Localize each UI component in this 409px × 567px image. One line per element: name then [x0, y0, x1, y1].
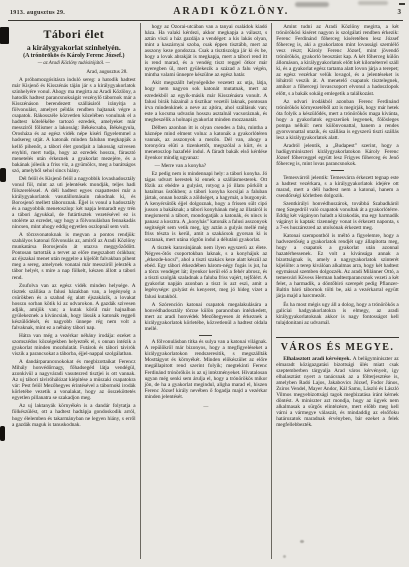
article-paragraph: Katonai szempontból is méltó a figyelemr…: [276, 233, 399, 300]
article-title: Tábori élet: [12, 27, 136, 42]
article-paragraph: A próbamozgósitásra induló sereg: a hato…: [12, 77, 136, 174]
article-paragraph: Amint tudni az Aradi Közlöny megirta, a …: [276, 24, 399, 97]
article-paragraph: Aradról jelentik, a „Budapest” szerint, …: [276, 143, 399, 167]
article-paragraph: hogy az Ozorai-utcában van a tanyai csal…: [145, 24, 268, 78]
article-paragraph: A törzsvonatoknak is megvan a pontos ren…: [12, 232, 136, 280]
news-item: Elhalasztott aradi kérvények.A belügymin…: [276, 356, 399, 429]
masthead: ARADI KÖZLÖNY.: [65, 6, 397, 17]
article-lead-in: (A trónörökös és Károly Ferenc József.): [12, 53, 136, 59]
column-2: hogy az Ozorai-utcában van a tanyai csal…: [140, 23, 272, 559]
article-paragraph: A Szórención katonai csapatok megalakulá…: [145, 302, 268, 332]
article-paragraph: Dél felől és Kisjenő felől a nagyobbik l…: [12, 176, 136, 230]
article-subtitle: a királygyakorlat szinhelyén.: [12, 43, 136, 52]
ink-blot-artifact: [0, 168, 6, 182]
page-header: 1913. augusztus 29. ARADI KÖZLÖNY. 3: [10, 6, 401, 17]
article-paragraph: Temesvárról jelentik: Temesvárra érkezet…: [276, 175, 399, 199]
news-item-body: A belügyminiszter az elmaradt közigazgat…: [276, 356, 399, 429]
ink-blot-artifact: [0, 426, 5, 441]
column-end-mark: —: [145, 405, 268, 410]
dialogue-line: — Merre van a konyha?: [145, 163, 268, 169]
article-paragraph: Az uj laktanyák környékén is a dandár fo…: [12, 403, 136, 427]
column-1: Tábori élet a királygyakorlat szinhelyén…: [8, 23, 140, 559]
article-byline: — az Aradi Közlöny tudósitójától. —: [12, 61, 136, 66]
issue-date: 1913. augusztus 29.: [10, 10, 65, 16]
article-paragraph: Délben azonban itt is olyan csendes a fa…: [145, 125, 268, 161]
article-columns: Tábori élet a királygyakorlat szinhelyén…: [8, 23, 403, 559]
article-paragraph: A dandárparancsnokokat és megbizottaikat…: [12, 359, 136, 401]
newspaper-page: 1913. augusztus 29. ARADI KÖZLÖNY. 3 Táb…: [0, 0, 409, 567]
article-paragraph: Szentkirályi honvédhuszárok, továbbá Sza…: [276, 201, 399, 231]
article-paragraph: És ha most mégis ugy áll a dolog, hogy a…: [276, 302, 399, 326]
scan-smudge-artifact: [399, 3, 405, 5]
article-paragraph: Hátra van még a vezérkar néhány irodája:…: [12, 333, 136, 357]
article-paragraph: Zsufolva van az egész vidék minden helys…: [12, 283, 136, 331]
article-paragraph: Akit megszállt helységeikbe vezetett az …: [145, 80, 268, 122]
article-paragraph: A tisztek karavánjának nem ilyen egyszer…: [145, 245, 268, 299]
paragraph-divider: [331, 170, 344, 171]
header-rule: [8, 20, 403, 21]
scan-smudge-artifact: [358, 1, 388, 5]
article-paragraph: A fölvonulásban titka és sulya van a kat…: [145, 339, 268, 399]
paragraph-divider: [199, 335, 212, 336]
article-dateline: Arad, augusztus 28.: [12, 69, 136, 75]
page-number: 3: [398, 8, 402, 16]
article-paragraph: Az udvari irodákból azonban Ferenc Ferdi…: [276, 99, 399, 141]
article-paragraph: Ez pedig nem is mindennapi hely: a tábor…: [145, 171, 268, 244]
section-heading: VÁROS ÉS MEGYE.: [276, 342, 399, 353]
column-3: Amint tudni az Aradi Közlöny megirta, a …: [271, 23, 403, 559]
section-divider-rule: [276, 337, 399, 338]
